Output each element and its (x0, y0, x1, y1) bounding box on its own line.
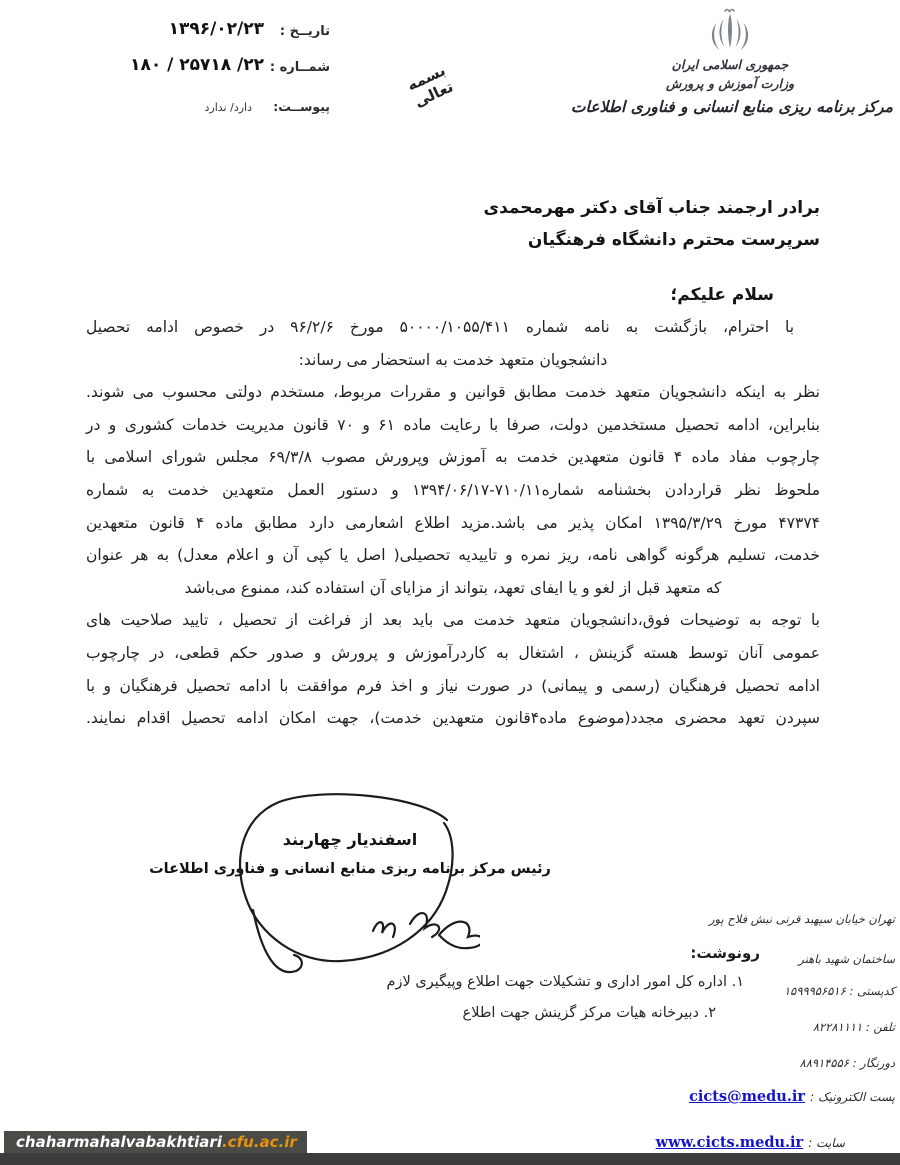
postal-value: ۱۵۹۹۹۵۶۵۱۶ (784, 984, 846, 998)
phone-label: تلفن : (866, 1020, 895, 1034)
besmele-text: بسمه تعالی (384, 52, 475, 120)
cc-item-1: ۱. اداره کل امور اداری و تشکیلات جهت اطل… (387, 971, 760, 993)
number-value: ۱۸۰ / ۲۵۷۱۸ /۲۲ (130, 55, 264, 75)
watermark-url-main: chaharmahalvabakhtiari (16, 1133, 222, 1151)
body-line: با احترام، بازگشت به نامه شماره ۵۰۰۰۰/۱۰… (86, 311, 820, 344)
body-line: ۴۷۳۷۴ مورخ ۱۳۹۵/۳/۲۹ امکان پذیر می باشد.… (86, 507, 820, 540)
body-line: سپردن تعهد محضری مجدد(موضوع ماده۴قانون م… (86, 702, 820, 735)
recipient-name: برادر ارجمند جناب آقای دکتر مهرمحمدی (483, 198, 820, 218)
fax-value: ۸۸۹۱۴۵۵۶ (800, 1056, 849, 1070)
footer-postal: کدپستی : ۱۵۹۹۹۵۶۵۱۶ (784, 984, 895, 998)
letter-body: با احترام، بازگشت به نامه شماره ۵۰۰۰۰/۱۰… (86, 311, 820, 735)
salutation: سلام علیکم؛ (670, 285, 774, 305)
bottom-bar (0, 1153, 900, 1165)
watermark-badge: chaharmahalvabakhtiari.cfu.ac.ir (4, 1131, 307, 1155)
signer-name: اسفندیار چهاربند (200, 830, 500, 849)
phone-value: ۸۲۲۸۱۱۱۱ (813, 1020, 862, 1034)
cc-label: رونوشت: (387, 944, 760, 962)
body-line: با توجه به توضیحات فوق،دانشجویان متعهد خ… (86, 604, 820, 637)
body-line: نظر به اینکه دانشجویان متعهد خدمت مطابق … (86, 376, 820, 409)
email-label: پست الکترونیک : (810, 1090, 895, 1104)
number-value-number: ۱۸۰ / ۲۵۷۱۸ /۲۲ (130, 55, 264, 75)
body-line: بنابراین، ادامه تحصیل مستخدمین دولت، صرف… (86, 409, 820, 442)
date-value: ۱۳۹۶/۰۲/۲۳ (169, 19, 264, 39)
fax-label: دورنگار : (853, 1056, 895, 1070)
signer-title: رئیس مرکز برنامه ریزی منابع انسانی و فنا… (140, 861, 560, 877)
footer-email: پست الکترونیک : cicts@medu.ir (689, 1086, 895, 1105)
number-label: شمــاره : (270, 60, 330, 75)
date-label: تاریــخ : (280, 24, 330, 39)
letter-page: تاریــخ : ۱۳۹۶/۰۲/۲۳ شمــاره : ۱۸۰ / ۲۵۷… (0, 0, 900, 1165)
attachment-label: پیوســت: (273, 99, 330, 114)
date-value-number: ۱۳۹۶/۰۲/۲۳ (169, 19, 264, 39)
footer-phone: تلفن : ۸۲۲۸۱۱۱۱ (813, 1020, 895, 1034)
footer-fax: دورنگار : ۸۸۹۱۴۵۵۶ (800, 1056, 895, 1070)
body-line: عمومی آنان توسط هسته گزینش ، اشتغال به ک… (86, 637, 820, 670)
email-link[interactable]: cicts@medu.ir (689, 1088, 805, 1105)
footer-address-line2: ساختمان شهید باهنر (798, 952, 895, 966)
footer-site: سایت : www.cicts.medu.ir (656, 1132, 845, 1151)
government-name: جمهوری اسلامی ایران (640, 57, 820, 72)
watermark-url: chaharmahalvabakhtiari.cfu.ac.ir (4, 1131, 307, 1155)
body-line: ادامه تحصیل فرهنگیان (رسمی و پیمانی) در … (86, 670, 820, 703)
site-label: سایت : (808, 1136, 845, 1150)
body-line: که متعهد قبل از لغو و یا ایفای تعهد، بتو… (86, 572, 820, 605)
cc-block: رونوشت: ۱. اداره کل امور اداری و تشکیلات… (387, 944, 760, 1024)
attachment-value: دارد/ ندارد (205, 101, 252, 114)
postal-label: کدپستی : (849, 984, 895, 998)
site-link[interactable]: www.cicts.medu.ir (656, 1134, 804, 1151)
body-line: ملحوظ نظر قراردادن بخشنامه شماره۷۱۰/۱۱-۱… (86, 474, 820, 507)
ministry-name: وزارت آموزش و پرورش (640, 76, 820, 91)
recipient-title: سرپرست محترم دانشگاه فرهنگیان (528, 230, 820, 250)
iran-emblem-icon (697, 6, 763, 58)
body-line: خدمت، تسلیم هرگونه گواهی نامه، ریز نمره … (86, 539, 820, 572)
cc-item-2: ۲. دبیرخانه هیات مرکز گزینش جهت اطلاع (387, 1002, 760, 1024)
body-line: چارچوب مفاد ماده ۴ قانون متعهدین خدمت به… (86, 441, 820, 474)
watermark-url-suffix: .cfu.ac.ir (222, 1133, 297, 1151)
body-line: دانشجویان متعهد خدمت به استحضار می رساند… (86, 344, 820, 377)
org-name: مرکز برنامه ریزی منابع انسانی و فناوری ا… (571, 98, 893, 116)
footer-address-line1: تهران خیابان سپهبد قرنی نبش فلاح پور (709, 912, 895, 926)
